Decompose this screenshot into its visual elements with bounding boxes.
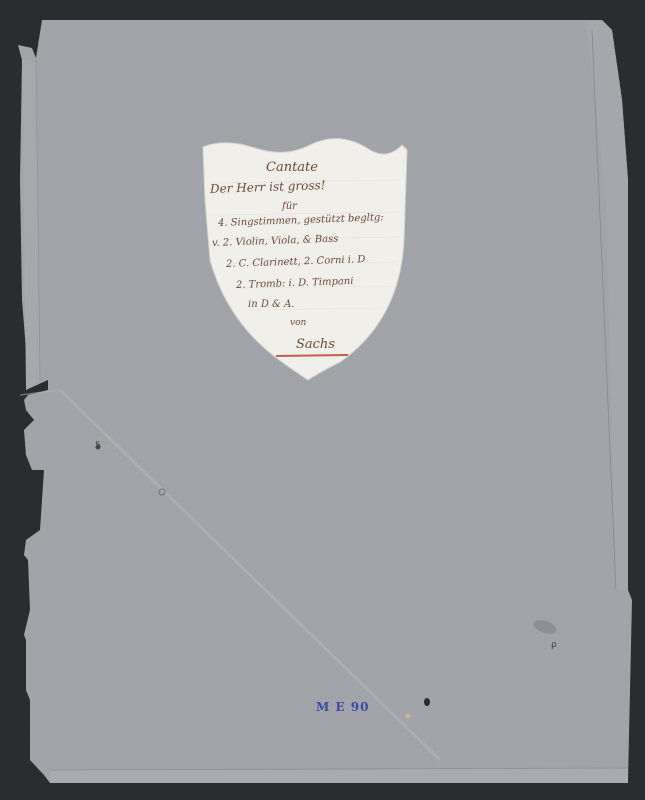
pencil-mark-left: 5 [95,441,101,451]
label-for: für [282,201,297,212]
label-by: von [290,318,306,328]
pencil-mark-right: ρ [551,640,557,650]
scan-background [0,0,645,800]
label-key: in D & A. [248,299,295,310]
label-title: Cantate [266,160,318,175]
paper-wrapper [18,20,632,783]
label-composer: Sachs [296,337,335,352]
shelfmark-stamp: M E 90 [316,700,369,714]
